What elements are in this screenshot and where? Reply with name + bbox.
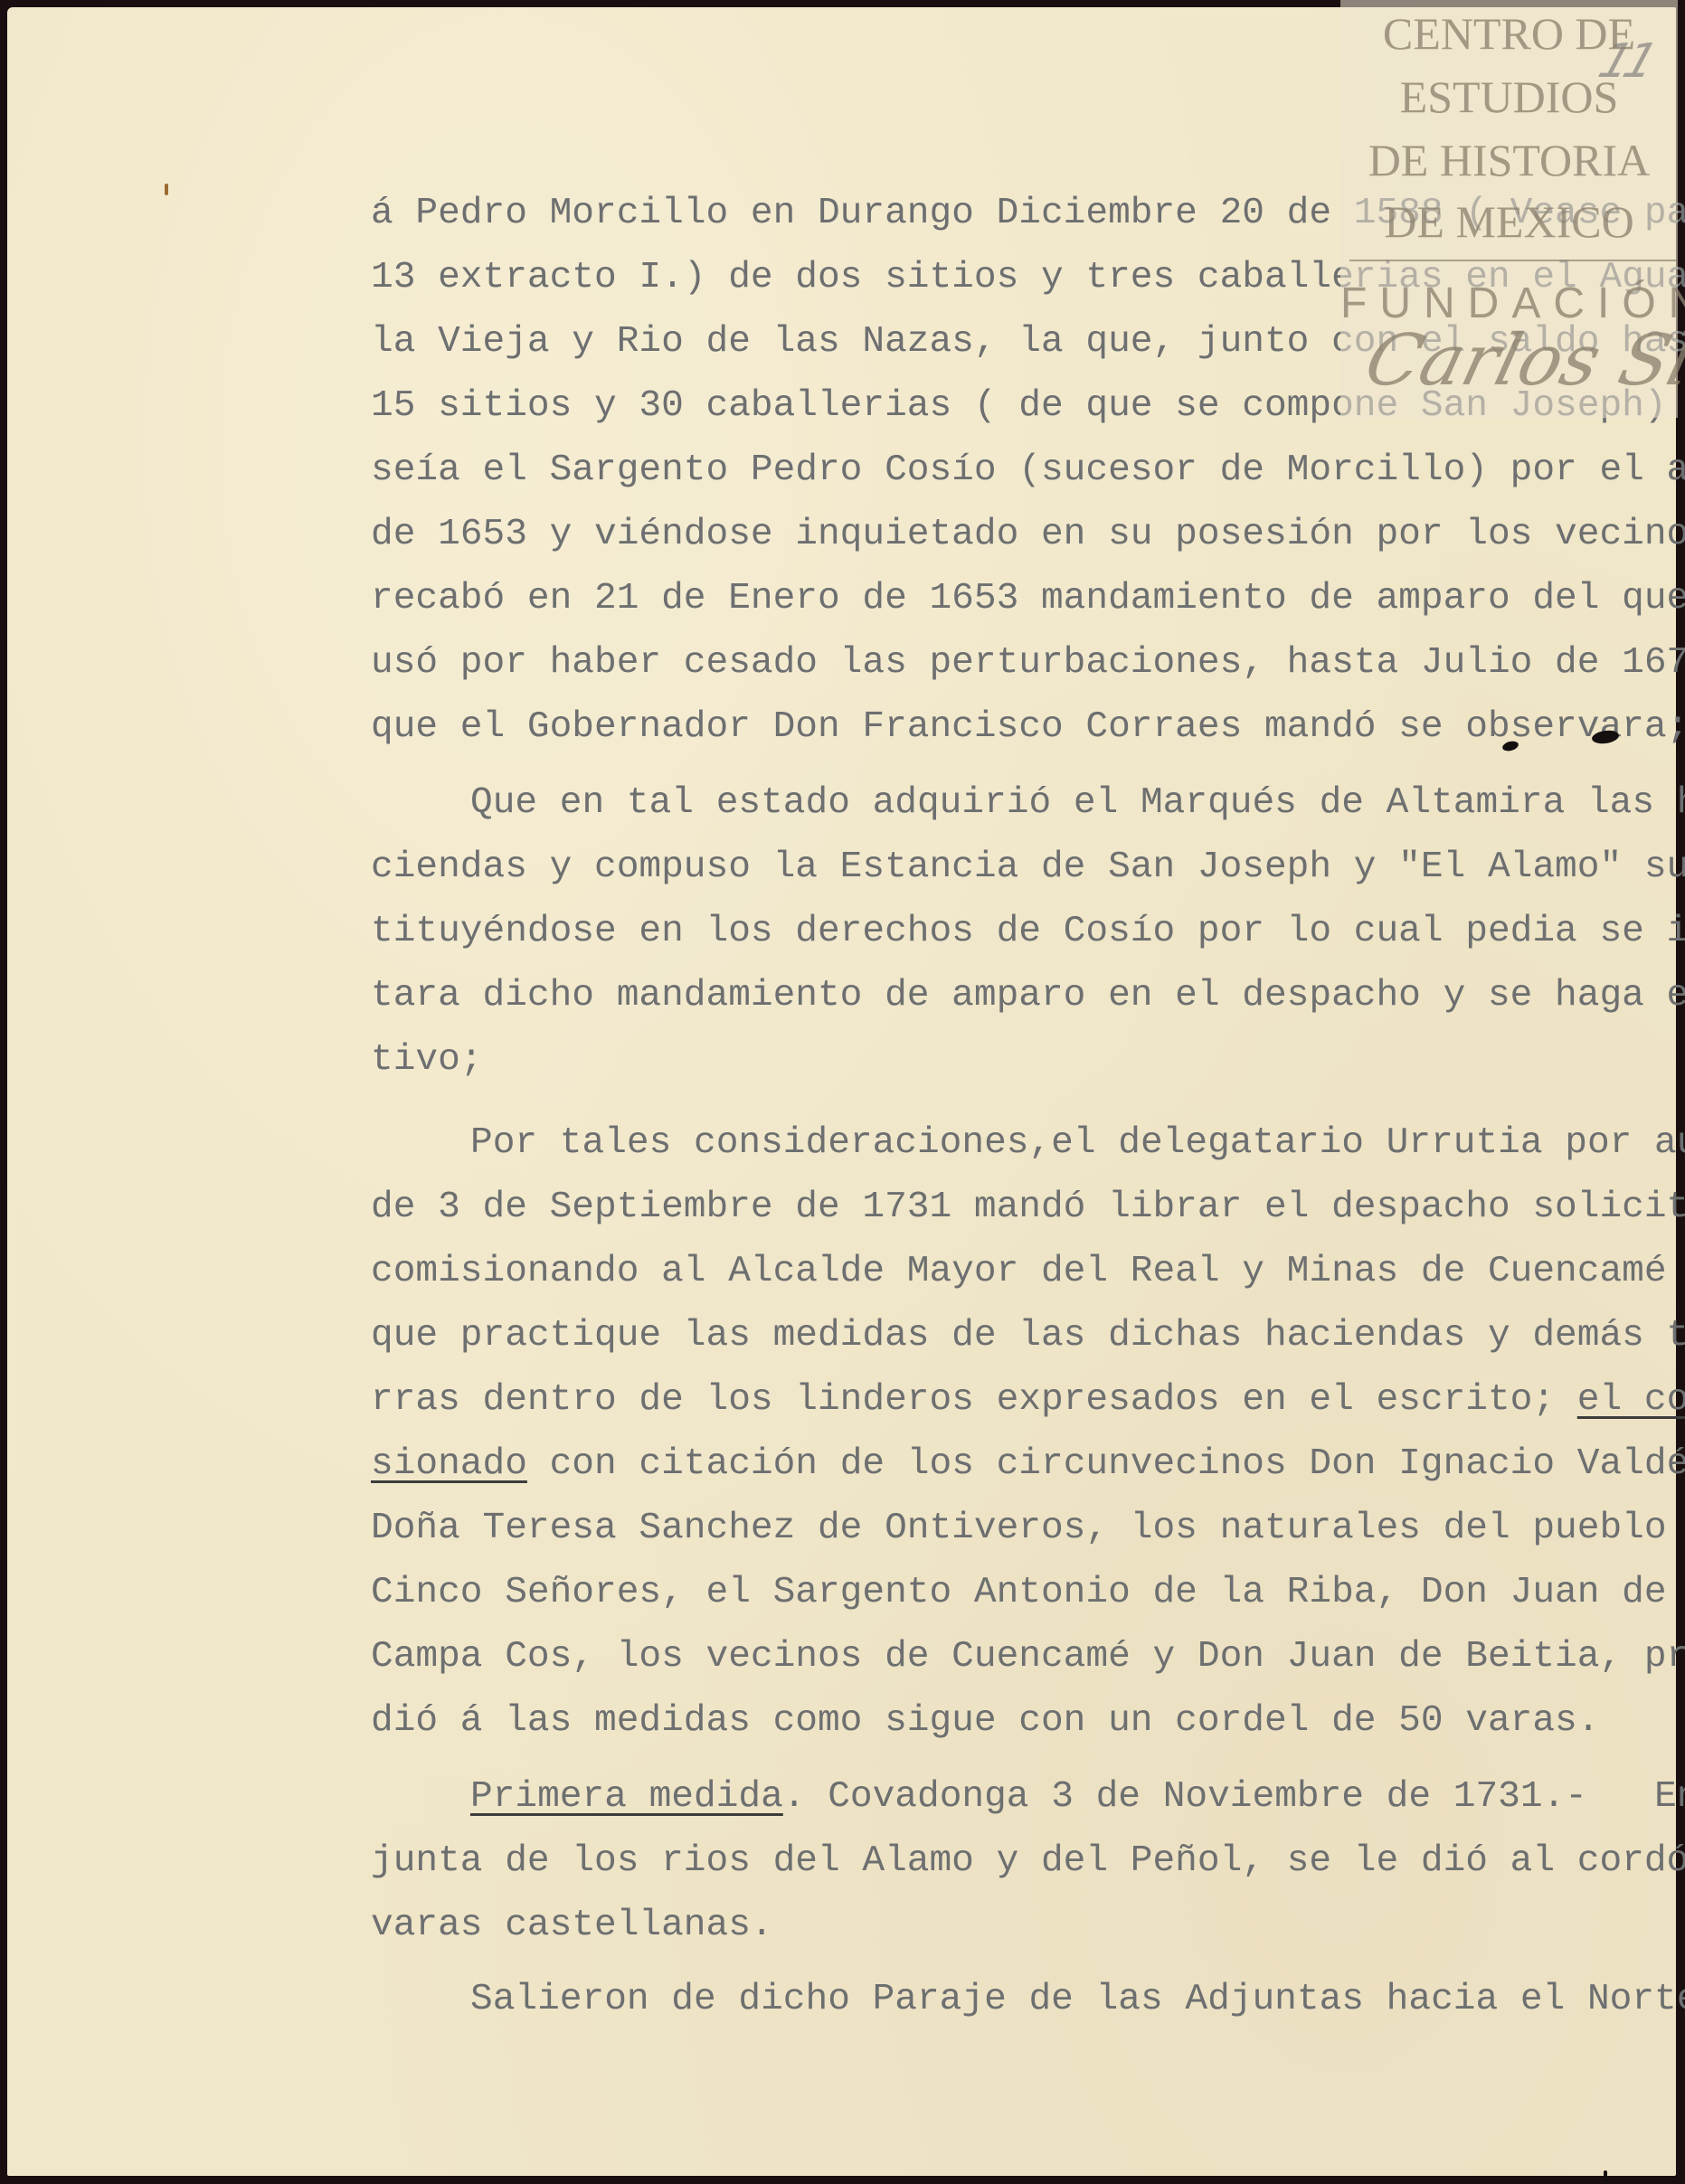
text-line: Doña Teresa Sanchez de Ontiveros, los na… — [371, 1510, 1685, 1547]
watermark-signature: Carlos Slim — [1358, 326, 1685, 396]
watermark-line: ESTUDIOS — [1340, 74, 1678, 119]
text-line: de 1653 y viéndose inquietado en su pose… — [371, 516, 1685, 553]
text-segment: Primera medida. Covadonga 3 de Noviembre… — [470, 1776, 1685, 1818]
text-line: varas castellanas. — [371, 1907, 773, 1944]
underlined-text: Primera medida — [470, 1776, 783, 1818]
ink-blot — [1604, 2170, 1607, 2183]
text-line: Cinco Señores, el Sargento Antonio de la… — [371, 1574, 1685, 1612]
text-line-with-underline: sionado con citación de los circunvecino… — [371, 1446, 1685, 1483]
text-line: ciendas y compuso la Estancia de San Jos… — [371, 849, 1685, 886]
text-line: comisionando al Alcalde Mayor del Real y… — [371, 1253, 1685, 1291]
text-line: Por tales consideraciones,el delegatario… — [470, 1125, 1685, 1162]
watermark-divider — [1349, 260, 1678, 261]
text-line: junta de los rios del Alamo y del Peñol,… — [371, 1843, 1685, 1880]
text-line: seía el Sargento Pedro Cosío (sucesor de… — [371, 452, 1685, 489]
underlined-text: el comi- — [1577, 1379, 1685, 1421]
text-line: Que en tal estado adquirió el Marqués de… — [470, 785, 1685, 822]
text-line: tituyéndose en los derechos de Cosío por… — [371, 913, 1685, 950]
text-line: dió á las medidas como sigue con un cord… — [371, 1703, 1599, 1740]
text-line: Salieron de dicho Paraje de las Adjuntas… — [470, 1981, 1685, 2019]
archive-watermark: CENTRO DE ESTUDIOS DE HISTORIA DE MEXICO… — [1340, 0, 1678, 418]
watermark-line: CENTRO DE — [1340, 11, 1678, 56]
text-line: de 3 de Septiembre de 1731 mandó librar … — [371, 1189, 1685, 1226]
text-line: que el Gobernador Don Francisco Corraes … — [371, 709, 1685, 746]
text-line: que practique las medidas de las dichas … — [371, 1318, 1685, 1355]
text-segment: rras dentro de los linderos expresados e… — [371, 1379, 1685, 1421]
text-line-with-underline: rras dentro de los linderos expresados e… — [371, 1382, 1685, 1419]
watermark-foundation-label: FUNDACIÓN — [1340, 282, 1678, 326]
underlined-text: sionado — [371, 1443, 527, 1485]
text-line: tivo; — [371, 1042, 482, 1079]
text-line: tara dicho mandamiento de amparo en el d… — [371, 978, 1685, 1015]
text-line: usó por haber cesado las perturbaciones,… — [371, 645, 1685, 682]
watermark-line: DE HISTORIA — [1340, 137, 1678, 183]
watermark-line: DE MEXICO — [1340, 199, 1678, 244]
text-line-with-heading: Primera medida. Covadonga 3 de Noviembre… — [470, 1779, 1685, 1816]
text-line: Campa Cos, los vecinos de Cuencamé y Don… — [371, 1639, 1685, 1676]
text-segment: sionado con citación de los circunvecino… — [371, 1443, 1685, 1485]
text-line: recabó en 21 de Enero de 1653 mandamient… — [371, 581, 1685, 618]
